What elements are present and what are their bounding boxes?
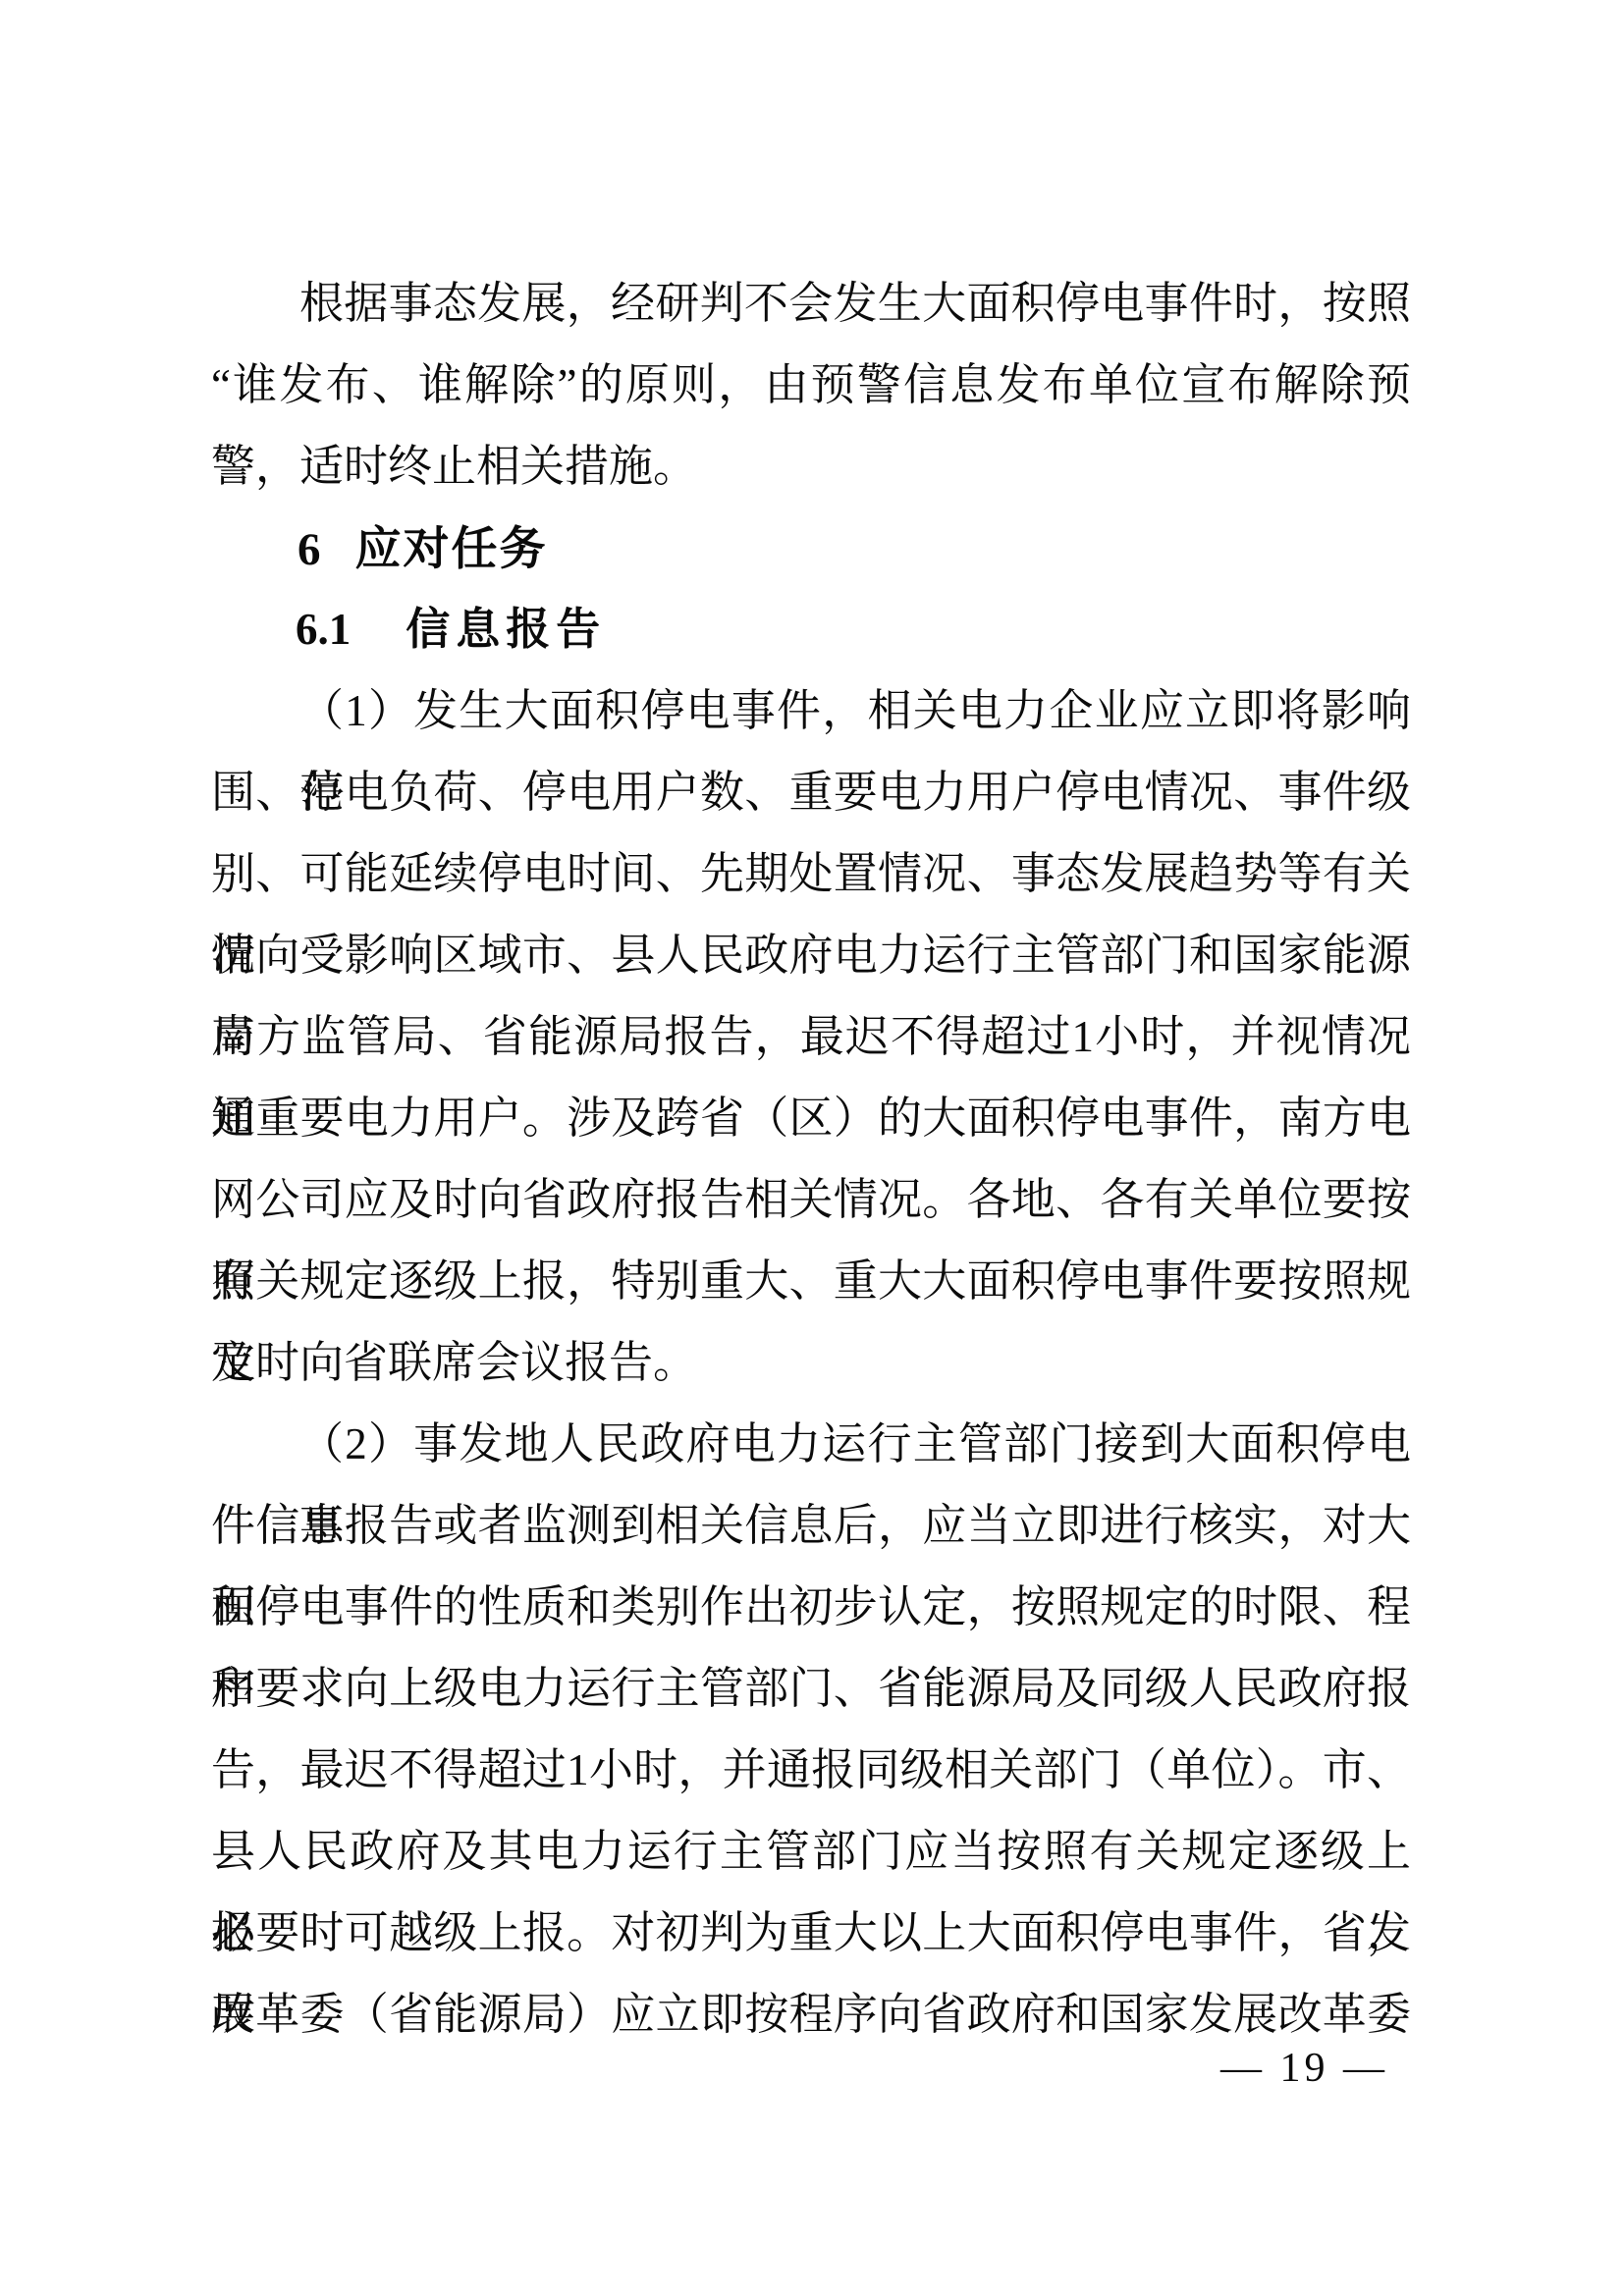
text-line: 和要求向上级电力运行主管部门、省能源局及同级人民政府报 <box>211 1648 1411 1730</box>
document-page: 根据事态发展，经研判不会发生大面积停电事件时，按照“谁发布、谁解除”的原则，由预… <box>0 0 1624 2296</box>
section-number: 6.1 <box>296 605 351 654</box>
text-line: 根据事态发展，经研判不会发生大面积停电事件时，按照 <box>211 263 1411 345</box>
text-line: 网公司应及时向省政府报告相关情况。各地、各有关单位要按照 <box>211 1159 1411 1241</box>
text-line: 知重要电力用户。涉及跨省（区）的大面积停电事件，南方电 <box>211 1078 1411 1159</box>
section-title: 信息报告 <box>406 605 606 654</box>
section-number: 6 <box>298 524 321 575</box>
text-line: 及时向省联席会议报告。 <box>211 1322 1411 1404</box>
text-line: 必要时可越级上报。对初判为重大以上大面积停电事件，省发展 <box>211 1893 1411 1974</box>
section-heading: 6应对任务 <box>211 507 1411 589</box>
text-line: 有关规定逐级上报，特别重大、重大大面积停电事件要按照规定 <box>211 1241 1411 1322</box>
text-line: （2）事发地人民政府电力运行主管部门接到大面积停电事 <box>211 1404 1411 1485</box>
text-line: 警，适时终止相关措施。 <box>211 426 1411 507</box>
text-line: （1）发生大面积停电事件，相关电力企业应立即将影响范 <box>211 670 1411 752</box>
text-line: 南方监管局、省能源局报告，最迟不得超过1小时，并视情况通 <box>211 996 1411 1078</box>
subsection-heading: 6.1信息报告 <box>211 589 1411 670</box>
document-body: 根据事态发展，经研判不会发生大面积停电事件时，按照“谁发布、谁解除”的原则，由预… <box>211 263 1411 2056</box>
text-line: 告，最迟不得超过1小时，并通报同级相关部门（单位）。市、 <box>211 1730 1411 1811</box>
text-line: 件信息报告或者监测到相关信息后，应当立即进行核实，对大面 <box>211 1485 1411 1567</box>
page-number: — 19 — <box>1220 2048 1388 2089</box>
text-line: “谁发布、谁解除”的原则，由预警信息发布单位宣布解除预 <box>211 345 1411 426</box>
text-line: 围、停电负荷、停电用户数、重要电力用户停电情况、事件级 <box>211 752 1411 833</box>
text-line: 况向受影响区域市、县人民政府电力运行主管部门和国家能源局 <box>211 915 1411 996</box>
text-line: 县人民政府及其电力运行主管部门应当按照有关规定逐级上报， <box>211 1811 1411 1893</box>
text-line: 改革委（省能源局）应立即按程序向省政府和国家发展改革委 <box>211 1974 1411 2056</box>
section-title: 应对任务 <box>355 522 548 574</box>
text-line: 别、可能延续停电时间、先期处置情况、事态发展趋势等有关情 <box>211 833 1411 915</box>
text-line: 积停电事件的性质和类别作出初步认定，按照规定的时限、程序 <box>211 1567 1411 1648</box>
